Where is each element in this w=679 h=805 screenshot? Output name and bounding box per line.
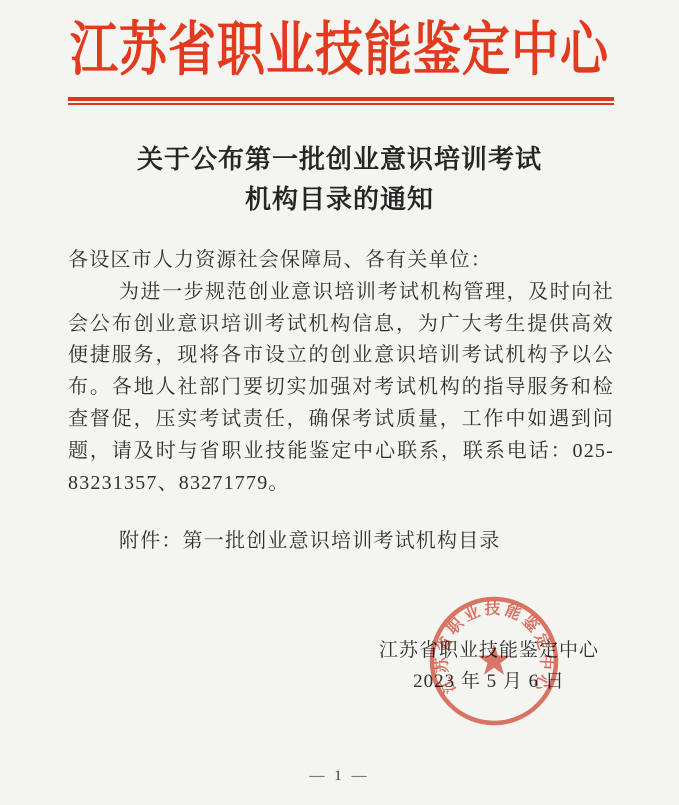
signature-date: 2023 年 5 月 6 日 xyxy=(379,666,599,697)
document-page: 江苏省职业技能鉴定中心 关于公布第一批创业意识培训考试 机构目录的通知 各设区市… xyxy=(0,0,679,805)
letterhead-divider xyxy=(68,97,614,105)
document-title-line1: 关于公布第一批创业意识培训考试 xyxy=(0,140,679,180)
document-body: 各设区市人力资源社会保障局、各有关单位： 为进一步规范创业意识培训考试机构管理，… xyxy=(68,245,614,499)
page-number: — 1 — xyxy=(0,768,679,785)
attachment-line: 附件：第一批创业意识培训考试机构目录 xyxy=(68,526,614,558)
body-paragraph: 为进一步规范创业意识培训考试机构管理，及时向社会公布创业意识培训考试机构信息，为… xyxy=(68,277,614,500)
signature-block: 江苏省职业技能鉴定中心 2023 年 5 月 6 日 xyxy=(379,635,599,697)
salutation-line: 各设区市人力资源社会保障局、各有关单位： xyxy=(68,245,614,277)
letterhead-title: 江苏省职业技能鉴定中心 xyxy=(0,22,679,81)
document-title-line2: 机构目录的通知 xyxy=(0,180,679,220)
document-title: 关于公布第一批创业意识培训考试 机构目录的通知 xyxy=(0,140,679,220)
signer-name: 江苏省职业技能鉴定中心 xyxy=(379,635,599,666)
